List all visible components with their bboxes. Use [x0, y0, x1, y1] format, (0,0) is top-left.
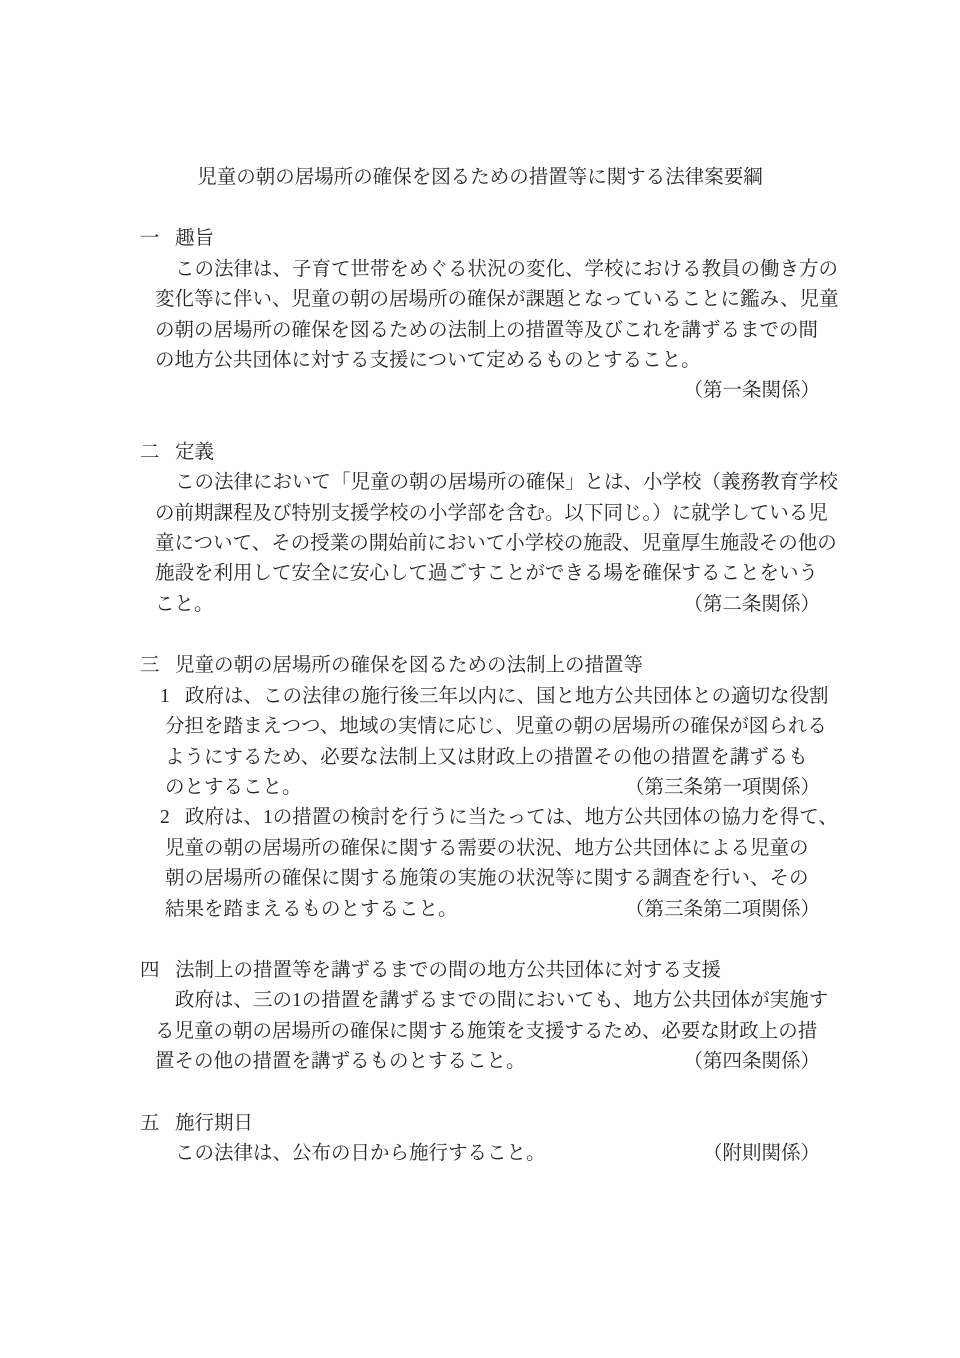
text-line: 施設を利用して安全に安心して過ごすことができる場を確保することをいう [155, 559, 820, 589]
paragraph: 政府は、三の1の措置を講ずるまでの間においても、地方公共団体が実施する児童の朝の… [155, 986, 820, 1077]
section-三: 三児童の朝の居場所の確保を図るための法制上の措置等1政府は、この法律の施行後三年… [0, 651, 960, 925]
document-content: 児童の朝の居場所の確保を図るための措置等に関する法律案要綱 一趣旨この法律は、子… [0, 0, 960, 1169]
section-title: 児童の朝の居場所の確保を図るための法制上の措置等 [175, 651, 643, 681]
text-line: 童について、その授業の開始前において小学校の施設、児童厚生施設その他の [155, 529, 820, 559]
text-line: 1政府は、この法律の施行後三年以内に、国と地方公共団体との適切な役割 [160, 682, 820, 712]
section-number: 五 [140, 1109, 175, 1139]
section-heading: 五施行期日 [140, 1109, 960, 1139]
text-line: る児童の朝の居場所の確保に関する施策を支援するため、必要な財政上の措 [155, 1017, 820, 1047]
text-line: 政府は、三の1の措置を講ずるまでの間においても、地方公共団体が実施す [155, 986, 820, 1016]
article-reference: （附則関係） [703, 1139, 820, 1169]
text-line: 朝の居場所の確保に関する施策の実施の状況等に関する調査を行い、その [160, 864, 820, 894]
section-heading: 二定義 [140, 438, 960, 468]
text-line: この法律は、子育て世帯をめぐる状況の変化、学校における教員の働き方の [155, 255, 820, 285]
text-line: この法律は、公布の日から施行すること。（附則関係） [155, 1139, 820, 1169]
text-line: の地方公共団体に対する支援について定めるものとすること。 [155, 346, 820, 376]
article-reference: （第三条第二項関係） [625, 895, 820, 925]
article-reference: （第二条関係） [683, 590, 820, 620]
text-line-content: 結果を踏まえるものとすること。 [165, 895, 458, 925]
paragraph: この法律は、公布の日から施行すること。（附則関係） [155, 1139, 820, 1169]
text-line-content: 置その他の措置を講ずるものとすること。 [155, 1047, 526, 1077]
article-reference: （第一条関係） [155, 376, 820, 406]
text-line-content: この法律は、公布の日から施行すること。 [175, 1139, 546, 1169]
section-五: 五施行期日この法律は、公布の日から施行すること。（附則関係） [0, 1109, 960, 1170]
section-title: 定義 [175, 438, 214, 468]
paragraph: この法律は、子育て世帯をめぐる状況の変化、学校における教員の働き方の変化等に伴い… [155, 255, 820, 407]
text-line-content: こと。 [155, 590, 214, 620]
section-heading: 四法制上の措置等を講ずるまでの間の地方公共団体に対する支援 [140, 956, 960, 986]
article-reference: （第四条関係） [683, 1047, 820, 1077]
text-line: の朝の居場所の確保を図るための法制上の措置等及びこれを講ずるまでの間 [155, 316, 820, 346]
text-line: 分担を踏まえつつ、地域の実情に応じ、児童の朝の居場所の確保が図られる [160, 712, 820, 742]
text-line: 変化等に伴い、児童の朝の居場所の確保が課題となっていることに鑑み、児童 [155, 285, 820, 315]
section-heading: 一趣旨 [140, 224, 960, 254]
section-title: 趣旨 [175, 224, 214, 254]
section-number: 四 [140, 956, 175, 986]
section-heading: 三児童の朝の居場所の確保を図るための法制上の措置等 [140, 651, 960, 681]
section-四: 四法制上の措置等を講ずるまでの間の地方公共団体に対する支援政府は、三の1の措置を… [0, 956, 960, 1078]
section-二: 二定義この法律において「児童の朝の居場所の確保」とは、小学校（義務教育学校の前期… [0, 438, 960, 620]
item-number: 1 [160, 682, 185, 712]
article-reference: （第三条第一項関係） [625, 773, 820, 803]
text-line: の前期課程及び特別支援学校の小学部を含む。以下同じ。）に就学している児 [155, 499, 820, 529]
text-line: のとすること。（第三条第一項関係） [160, 773, 820, 803]
text-line: ようにするため、必要な法制上又は財政上の措置その他の措置を講ずるも [160, 743, 820, 773]
document-title: 児童の朝の居場所の確保を図るための措置等に関する法律案要綱 [140, 163, 820, 193]
text-line: 児童の朝の居場所の確保に関する需要の状況、地方公共団体による児童の [160, 834, 820, 864]
text-line: この法律において「児童の朝の居場所の確保」とは、小学校（義務教育学校 [155, 468, 820, 498]
item-number: 2 [160, 803, 185, 833]
sub-item-2: 2政府は、1の措置の検討を行うに当たっては、地方公共団体の協力を得て、児童の朝の… [160, 803, 820, 925]
text-line: こと。（第二条関係） [155, 590, 820, 620]
section-number: 二 [140, 438, 175, 468]
sub-item-1: 1政府は、この法律の施行後三年以内に、国と地方公共団体との適切な役割分担を踏まえ… [160, 682, 820, 804]
text-line: 2政府は、1の措置の検討を行うに当たっては、地方公共団体の協力を得て、 [160, 803, 820, 833]
section-title: 施行期日 [175, 1109, 253, 1139]
section-number: 三 [140, 651, 175, 681]
text-line-content: のとすること。 [165, 773, 302, 803]
text-line: 置その他の措置を講ずるものとすること。（第四条関係） [155, 1047, 820, 1077]
document-sections: 一趣旨この法律は、子育て世帯をめぐる状況の変化、学校における教員の働き方の変化等… [0, 224, 960, 1169]
section-一: 一趣旨この法律は、子育て世帯をめぐる状況の変化、学校における教員の働き方の変化等… [0, 224, 960, 406]
paragraph: この法律において「児童の朝の居場所の確保」とは、小学校（義務教育学校の前期課程及… [155, 468, 820, 620]
section-title: 法制上の措置等を講ずるまでの間の地方公共団体に対する支援 [175, 956, 721, 986]
text-line: 結果を踏まえるものとすること。（第三条第二項関係） [160, 895, 820, 925]
document-page: 児童の朝の居場所の確保を図るための措置等に関する法律案要綱 一趣旨この法律は、子… [0, 0, 960, 1358]
section-number: 一 [140, 224, 175, 254]
